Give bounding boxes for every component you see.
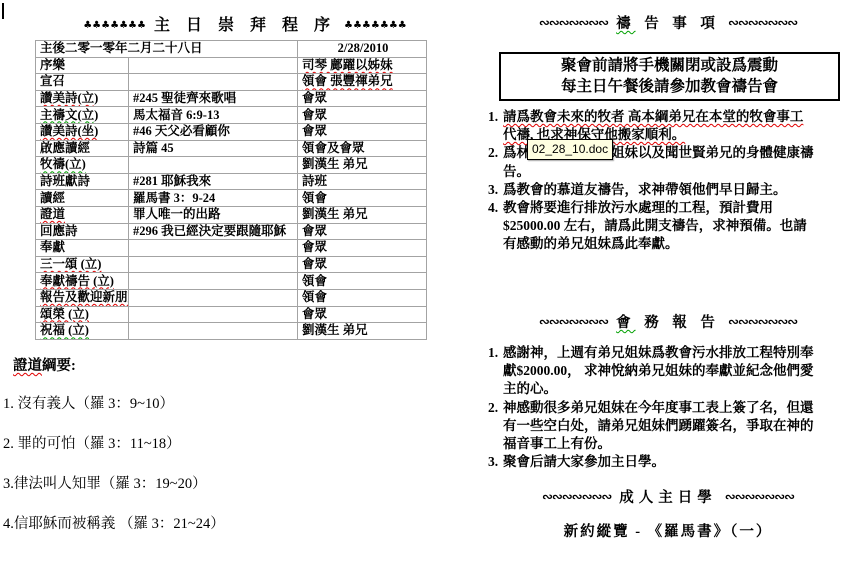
table-row: 啟應讀經詩篇 45領會及會眾 (36, 140, 427, 157)
prayer-items-title-text: 禱 告 事 項 (616, 16, 720, 32)
table-cell: 詩篇 45 (129, 140, 298, 157)
table-cell (129, 157, 298, 174)
table-cell: 奉獻 (36, 240, 129, 257)
table-cell: 2/28/2010 (298, 41, 427, 58)
table-cell: 會眾 (298, 240, 427, 257)
table-cell (129, 74, 298, 91)
list-item: 2.神感動很多弟兄姐妹在今年度事工表上簽了名，但還有一些空白处，請弟兄姐妹們踴躍… (488, 399, 845, 454)
table-row: 三一頌 (立)會眾 (36, 256, 427, 273)
sunday-school-subtitle: 新約縱覽 - 《羅馬書》（一） (490, 520, 846, 541)
table-row: 詩班獻詩#281 耶穌我來詩班 (36, 173, 427, 190)
item-text: 爲教會的慕道友禱告，求神帶領他們早日歸主。 (503, 181, 845, 199)
outline-item: 3.律法叫人知罪（羅 3：19~20） (3, 472, 433, 493)
table-cell: 會眾 (298, 256, 427, 273)
filename-tooltip: 02_28_10.doc (527, 139, 613, 160)
table-cell: 羅馬書 3：9-24 (129, 190, 298, 207)
item-text: 神感動很多弟兄姐妹在今年度事工表上簽了名，但還有一些空白处，請弟兄姐妹們踴躍簽名… (503, 399, 845, 454)
table-row: 讚美詩(坐)#46 天父必看顧你會眾 (36, 123, 427, 140)
item-number: 3. (488, 181, 503, 199)
table-cell: 詩班獻詩 (36, 173, 129, 190)
ornament-chain-icon: ♣♣♣♣♣♣♣ (83, 20, 146, 31)
sermon-outline: 證道綱要: 1. 沒有義人（羅 3：9~10）2. 罪的可怕（羅 3：11~18… (3, 354, 433, 552)
program-table: 主後二零一零年二月二十八日2/28/2010序樂司琴 鄺躍以姊妹宣召領會 張豐禈… (35, 40, 427, 340)
worship-program-title-text: 主 日 崇 拜 程 序 (154, 17, 336, 34)
ornament-wave-icon: ∾∾∾∾∾∾∾ (725, 490, 794, 505)
table-cell: 會眾 (298, 90, 427, 107)
item-text: 感謝神，上週有弟兄姐妹爲教會污水排放工程特別奉獻$2000.00， 求神悅納弟兄… (503, 344, 845, 399)
table-cell: 主禱文(立) (36, 107, 129, 124)
table-cell: 會眾 (298, 107, 427, 124)
table-row: 回應詩#296 我已經決定要跟隨耶穌會眾 (36, 223, 427, 240)
ornament-wave-icon: ∾∾∾∾∾∾∾ (728, 315, 797, 330)
table-cell: 序樂 (36, 57, 129, 74)
table-cell: #281 耶穌我來 (129, 173, 298, 190)
table-cell: 讀經 (36, 190, 129, 207)
table-cell: 馬太福音 6:9-13 (129, 107, 298, 124)
table-cell: 會眾 (298, 123, 427, 140)
list-item: 3.聚會后請大家參加主日學。 (488, 453, 845, 471)
table-cell (129, 323, 298, 340)
table-cell: 領會及會眾 (298, 140, 427, 157)
table-row: 序樂司琴 鄺躍以姊妹 (36, 57, 427, 74)
table-cell: 劉漢生 弟兄 (298, 323, 427, 340)
ornament-wave-icon: ∾∾∾∾∾∾∾ (542, 490, 611, 505)
table-cell: 罪人唯一的出路 (129, 206, 298, 223)
table-cell: #296 我已經決定要跟隨耶穌 (129, 223, 298, 240)
ornament-wave-icon: ∾∾∾∾∾∾∾ (728, 16, 797, 31)
table-cell: 領會 (298, 273, 427, 290)
report-list: 1.感謝神，上週有弟兄姐妹爲教會污水排放工程特別奉獻$2000.00， 求神悅納… (488, 344, 845, 471)
table-row: 牧禱(立)劉漢生 弟兄 (36, 157, 427, 174)
item-text: 聚會后請大家參加主日學。 (503, 453, 845, 471)
table-row: 主禱文(立)馬太福音 6:9-13會眾 (36, 107, 427, 124)
table-cell: 司琴 鄺躍以姊妹 (298, 57, 427, 74)
table-cell (129, 289, 298, 306)
table-cell: 奉獻禱告 (立) (36, 273, 129, 290)
table-row: 奉獻禱告 (立)領會 (36, 273, 427, 290)
item-number: 2. (488, 144, 503, 180)
table-cell: 證道 (36, 206, 129, 223)
outline-item: 1. 沒有義人（羅 3：9~10） (3, 392, 433, 413)
table-cell: 牧禱(立) (36, 157, 129, 174)
table-row: 頌榮 (立)會眾 (36, 306, 427, 323)
table-cell: 宣召 (36, 74, 129, 91)
report-title-text: 會 務 報 告 (616, 315, 720, 331)
table-cell: 劉漢生 弟兄 (298, 157, 427, 174)
table-cell: 頌榮 (立) (36, 306, 129, 323)
table-row: 奉獻會眾 (36, 240, 427, 257)
sermon-outline-heading: 證道綱要: (13, 354, 433, 375)
table-cell: 會眾 (298, 223, 427, 240)
table-row: 報告及歡迎新朋友領會 (36, 289, 427, 306)
outline-item: 4.信耶穌而被稱義 （羅 3：21~24） (3, 512, 433, 533)
sunday-school-title: ∾∾∾∾∾∾∾成人主日學∾∾∾∾∾∾∾ (490, 486, 846, 507)
prayer-items-title: ∾∾∾∾∾∾∾禱 告 事 項∾∾∾∾∾∾∾ (490, 12, 846, 33)
table-cell: 三一頌 (立) (36, 256, 129, 273)
text-cursor (2, 3, 4, 19)
notice-line: 聚會前請將手機關閉或設爲震動 (501, 56, 838, 77)
table-row: 祝福 (立)劉漢生 弟兄 (36, 323, 427, 340)
table-cell: 詩班 (298, 173, 427, 190)
sunday-school-title-text: 成人主日學 (619, 490, 717, 506)
prayer-list: 1.請爲教會未來的牧者 高本綱弟兄在本堂的牧會事工代禱, 也求神保守他搬家順利。… (488, 108, 845, 254)
ornament-chain-icon: ♣♣♣♣♣♣♣ (344, 20, 407, 31)
table-cell: 讚美詩(立) (36, 90, 129, 107)
table-cell: 領會 張豐禈弟兄 (298, 74, 427, 91)
item-number: 4. (488, 199, 503, 254)
item-text: 教會將要進行排放污水處理的工程，預計費用$25000.00 左右，請爲此開支禱告… (503, 199, 845, 254)
table-row: 宣召領會 張豐禈弟兄 (36, 74, 427, 91)
item-number: 1. (488, 108, 503, 144)
report-title: ∾∾∾∾∾∾∾會 務 報 告∾∾∾∾∾∾∾ (490, 311, 846, 332)
table-cell (129, 273, 298, 290)
table-cell: 領會 (298, 190, 427, 207)
outline-item: 2. 罪的可怕（羅 3：11~18） (3, 432, 433, 453)
document-page[interactable]: ♣♣♣♣♣♣♣主 日 崇 拜 程 序♣♣♣♣♣♣♣ 主後二零一零年二月二十八日2… (0, 0, 858, 582)
table-cell: 回應詩 (36, 223, 129, 240)
table-cell: 會眾 (298, 306, 427, 323)
table-cell (129, 256, 298, 273)
list-item: 3.爲教會的慕道友禱告，求神帶領他們早日歸主。 (488, 181, 845, 199)
table-cell (129, 57, 298, 74)
table-cell (129, 240, 298, 257)
list-item: 4.教會將要進行排放污水處理的工程，預計費用$25000.00 左右，請爲此開支… (488, 199, 845, 254)
item-number: 1. (488, 344, 503, 399)
table-cell: #245 聖徒齊來歌唱 (129, 90, 298, 107)
table-cell: 報告及歡迎新朋友 (36, 289, 129, 306)
table-row: 讀經羅馬書 3：9-24領會 (36, 190, 427, 207)
table-row: 證道罪人唯一的出路劉漢生 弟兄 (36, 206, 427, 223)
table-cell: 劉漢生 弟兄 (298, 206, 427, 223)
table-row: 主後二零一零年二月二十八日2/28/2010 (36, 41, 427, 58)
worship-program-title: ♣♣♣♣♣♣♣主 日 崇 拜 程 序♣♣♣♣♣♣♣ (35, 12, 455, 35)
table-cell: 讚美詩(坐) (36, 123, 129, 140)
table-cell: 主後二零一零年二月二十八日 (36, 41, 298, 58)
notice-box: 聚會前請將手機關閉或設爲震動 每主日午餐後請參加教會禱告會 (499, 52, 840, 101)
table-cell: #46 天父必看顧你 (129, 123, 298, 140)
ornament-wave-icon: ∾∾∾∾∾∾∾ (539, 16, 608, 31)
table-row: 讚美詩(立)#245 聖徒齊來歌唱會眾 (36, 90, 427, 107)
table-cell: 啟應讀經 (36, 140, 129, 157)
ornament-wave-icon: ∾∾∾∾∾∾∾ (539, 315, 608, 330)
list-item: 1.感謝神，上週有弟兄姐妹爲教會污水排放工程特別奉獻$2000.00， 求神悅納… (488, 344, 845, 399)
table-cell (129, 306, 298, 323)
item-number: 3. (488, 453, 503, 471)
table-cell: 領會 (298, 289, 427, 306)
item-number: 2. (488, 399, 503, 454)
table-cell: 祝福 (立) (36, 323, 129, 340)
notice-line: 每主日午餐後請參加教會禱告會 (501, 77, 838, 98)
